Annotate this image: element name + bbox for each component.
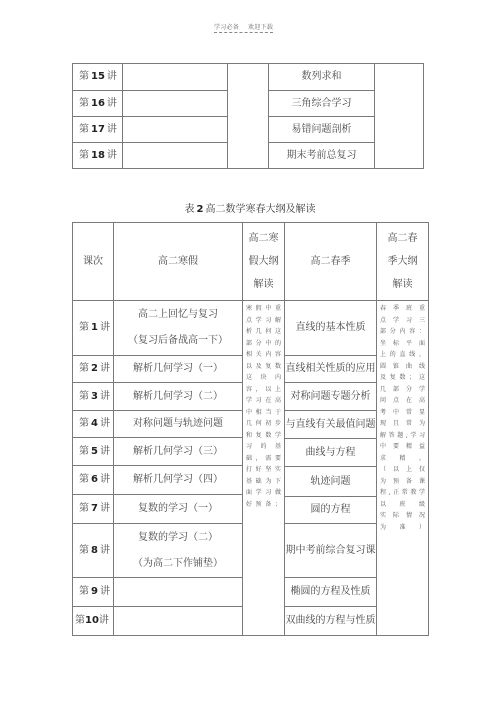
header-winter: 高二寒假 xyxy=(113,222,243,301)
caption-text: 高二数学寒春大纲及解读 xyxy=(205,204,315,215)
spring-topic-cell: 期末考前总复习 xyxy=(268,142,375,169)
header-spring-outline: 高二春 季大纲 解读 xyxy=(376,222,429,301)
winter-topic-cell: 解析几何学习（二） xyxy=(113,382,243,411)
lesson-cell: 第10讲 xyxy=(72,606,114,636)
page-header: 学习必备 欢迎下载 xyxy=(214,22,273,33)
lesson-number: 17 xyxy=(91,124,105,136)
table-row-lesson-cell: 第17讲 xyxy=(72,116,123,143)
lesson-cell: 第4讲 xyxy=(72,410,114,438)
header-line: 解读 xyxy=(254,273,274,296)
lesson-number: 15 xyxy=(91,71,105,83)
caption-number: 2 xyxy=(197,204,204,215)
lesson-number: 16 xyxy=(91,98,105,110)
table-row-lesson-cell: 第18讲 xyxy=(72,142,123,169)
header-line: 假大纲 xyxy=(249,250,279,273)
lesson-cell: 第5讲 xyxy=(72,437,114,466)
spring-topic-cell: 直线相关性质的应用 xyxy=(284,355,377,383)
lesson-suffix: 讲 xyxy=(107,71,117,83)
spring-topic-cell: 对称问题专题分析 xyxy=(284,382,377,411)
winter-topic-cell: 复数的学习（二）（为高二下作铺垫） xyxy=(113,523,243,578)
lesson-prefix: 第 xyxy=(79,71,89,83)
spring-outline-cell xyxy=(374,63,424,169)
winter-topic-cell: 解析几何学习（一） xyxy=(113,355,243,383)
winter-outline-note: 寒假中重点学习解析几何这部分中的相关内容以及复数这 块 内容，以上学习在高中相当… xyxy=(242,300,285,636)
lesson-cell: 第2讲 xyxy=(72,355,114,383)
header-spring: 高二春季 xyxy=(284,222,377,301)
winter-topic-cell xyxy=(122,142,228,169)
spring-topic-cell: 圆的方程 xyxy=(284,496,377,524)
caption-prefix: 表 xyxy=(185,204,195,215)
winter-topic-cell xyxy=(122,90,228,117)
spring-outline-note: 春季班重点学习三部分内容：坐标平面上的直线，圆锥曲线及复数；这几部分学问点在高考… xyxy=(376,300,429,636)
winter-topic-cell: 高二上回忆与复习（复习后备战高一下） xyxy=(113,300,243,356)
header-line: 解读 xyxy=(393,273,413,296)
spring-topic-cell: 曲线与方程 xyxy=(284,438,377,467)
spring-topic-cell: 与直线有关最值问题 xyxy=(284,410,377,439)
header-lesson: 课次 xyxy=(72,222,114,301)
spring-topic-cell: 数列求和 xyxy=(268,63,375,91)
winter-topic-cell: 解析几何学习（四） xyxy=(113,465,243,495)
spring-topic-cell: 双曲线的方程与性质 xyxy=(284,606,377,636)
spring-topic-cell: 三角综合学习 xyxy=(268,90,375,117)
lesson-cell: 第8讲 xyxy=(72,523,114,578)
spring-topic-cell: 期中考前综合复习课 xyxy=(284,523,377,578)
table-2-caption: 表2高二数学寒春大纲及解读 xyxy=(0,200,500,215)
lesson-cell: 第6讲 xyxy=(72,465,114,495)
lesson-cell: 第7讲 xyxy=(72,494,114,524)
lesson-cell: 第1讲 xyxy=(72,300,114,356)
lesson-prefix: 第 xyxy=(79,150,89,162)
lesson-prefix: 第 xyxy=(79,98,89,110)
table-row-lesson-cell: 第15讲 xyxy=(72,63,123,91)
header-line: 高二春 xyxy=(388,227,418,250)
winter-topic-cell: 对称问题与轨迹问题 xyxy=(113,410,243,438)
winter-topic-cell: 复数的学习（一） xyxy=(113,494,243,524)
winter-outline-cell xyxy=(227,63,269,169)
lesson-suffix: 讲 xyxy=(107,98,117,110)
spring-topic-cell: 直线的基本性质 xyxy=(284,300,377,356)
winter-topic-cell: 解析几何学习（三） xyxy=(113,437,243,466)
spring-topic-cell: 易错问题剖析 xyxy=(268,116,375,143)
header-line: 季大纲 xyxy=(388,250,418,273)
table-row-lesson-cell: 第16讲 xyxy=(72,90,123,117)
winter-topic-cell xyxy=(122,63,228,91)
winter-topic-cell xyxy=(113,606,243,636)
lesson-prefix: 第 xyxy=(79,124,89,136)
header-line: 高二寒 xyxy=(249,227,279,250)
winter-topic-cell xyxy=(113,577,243,607)
winter-topic-cell xyxy=(122,116,228,143)
spring-topic-cell: 椭圆的方程及性质 xyxy=(284,577,377,607)
spring-topic-cell: 轨迹问题 xyxy=(284,466,377,497)
lesson-cell: 第3讲 xyxy=(72,382,114,411)
lesson-number: 18 xyxy=(91,150,105,162)
header-winter-outline: 高二寒 假大纲 解读 xyxy=(242,222,285,301)
lesson-cell: 第9讲 xyxy=(72,577,114,607)
lesson-suffix: 讲 xyxy=(107,150,117,162)
lesson-suffix: 讲 xyxy=(107,124,117,136)
